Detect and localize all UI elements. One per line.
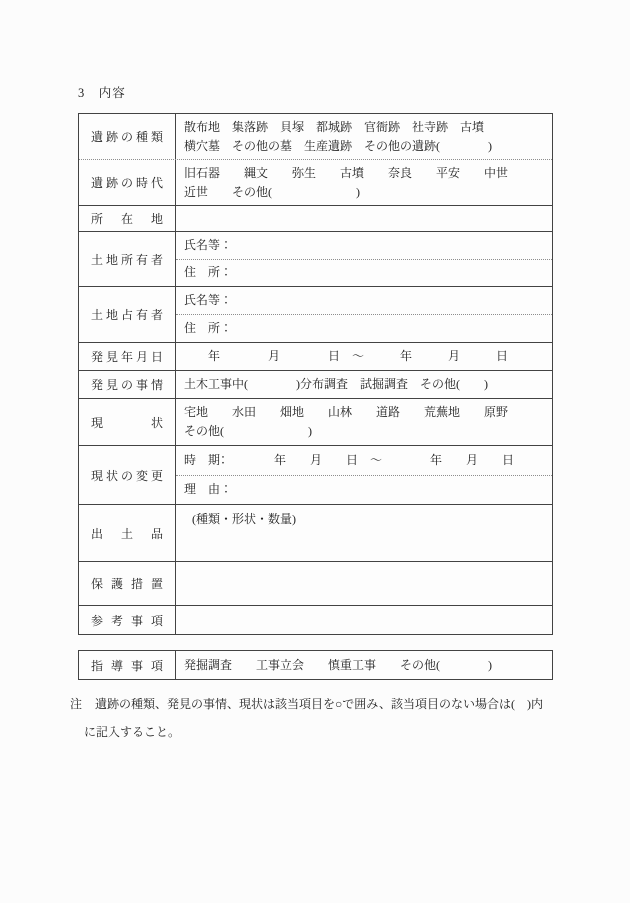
- guidance-table: 指導事項 発掘調査 工事立会 慎重工事 その他( ): [78, 650, 553, 680]
- discovery-date-value: 年 月 日 ～ 年 月 日: [176, 343, 552, 370]
- land-owner-name-field: 氏名等：: [176, 232, 552, 259]
- excavated-items-label: 出土品: [79, 505, 176, 561]
- state-change-reason-field: 理 由：: [176, 475, 552, 505]
- site-era-options-line2: 近世 その他( ): [184, 183, 544, 202]
- reference-matters-value: [176, 606, 552, 634]
- land-occupier-label-text: 土地占有者: [91, 306, 163, 323]
- current-state-label: 現状: [79, 399, 176, 445]
- land-owner-label-text: 土地所有者: [91, 251, 163, 268]
- protection-measures-label: 保護措置: [79, 562, 176, 605]
- location-value: [176, 206, 552, 231]
- location-label: 所在地: [79, 206, 176, 231]
- state-change-label-text: 現状の変更: [91, 467, 163, 484]
- row-site-type: 遺跡の種類 散布地 集落跡 貝塚 都城跡 官衙跡 社寺跡 古墳 横穴墓 その他の…: [79, 114, 552, 159]
- footnote: 注 遺跡の種類、発見の事情、現状は該当項目を○で囲み、該当項目のない場合は( )…: [70, 696, 570, 741]
- protection-measures-value: [176, 562, 552, 605]
- site-type-options-line1: 散布地 集落跡 貝塚 都城跡 官衙跡 社寺跡 古墳: [184, 118, 544, 137]
- discovery-circumstances-value: 土木工事中( )分布調査 試掘調査 その他( ): [176, 371, 552, 398]
- state-change-period-field: 時 期： 年 月 日 ～ 年 月 日: [176, 446, 552, 475]
- row-land-owner: 土地所有者 氏名等： 住 所：: [79, 231, 552, 286]
- section-title: 3 内容: [78, 83, 126, 101]
- location-label-text: 所在地: [91, 210, 163, 227]
- site-type-options-line2: 横穴墓 その他の墓 生産遺跡 その他の遺跡( ): [184, 137, 544, 156]
- current-state-options-line1: 宅地 水田 畑地 山林 道路 荒蕪地 原野: [184, 403, 544, 422]
- land-owner-value: 氏名等： 住 所：: [176, 232, 552, 286]
- guidance-label: 指導事項: [79, 651, 176, 679]
- current-state-options-line2: その他( ): [184, 422, 544, 441]
- discovery-date-label-text: 発見年月日: [91, 348, 163, 365]
- guidance-label-text: 指導事項: [91, 657, 163, 674]
- row-state-change: 現状の変更 時 期： 年 月 日 ～ 年 月 日 理 由：: [79, 445, 552, 504]
- site-type-label: 遺跡の種類: [79, 114, 176, 159]
- site-era-options: 旧石器 縄文 弥生 古墳 奈良 平安 中世 近世 その他( ): [176, 160, 552, 205]
- site-era-label-text: 遺跡の時代: [91, 174, 163, 191]
- site-info-table: 遺跡の種類 散布地 集落跡 貝塚 都城跡 官衙跡 社寺跡 古墳 横穴墓 その他の…: [78, 113, 553, 635]
- footnote-marker: 注: [70, 696, 82, 713]
- discovery-circumstances-label-text: 発見の事情: [91, 376, 163, 393]
- state-change-value: 時 期： 年 月 日 ～ 年 月 日 理 由：: [176, 446, 552, 504]
- land-occupier-label: 土地占有者: [79, 287, 176, 342]
- current-state-options: 宅地 水田 畑地 山林 道路 荒蕪地 原野 その他( ): [176, 399, 552, 445]
- footnote-line1-text: 遺跡の種類、発見の事情、現状は該当項目を○で囲み、該当項目のない場合は( )内: [95, 696, 543, 713]
- row-land-occupier: 土地占有者 氏名等： 住 所：: [79, 286, 552, 342]
- state-change-label: 現状の変更: [79, 446, 176, 504]
- site-type-options: 散布地 集落跡 貝塚 都城跡 官衙跡 社寺跡 古墳 横穴墓 その他の墓 生産遺跡…: [176, 114, 552, 159]
- site-era-options-line1: 旧石器 縄文 弥生 古墳 奈良 平安 中世: [184, 164, 544, 183]
- row-reference-matters: 参考事項: [79, 605, 552, 634]
- row-guidance: 指導事項 発掘調査 工事立会 慎重工事 その他( ): [79, 651, 552, 679]
- reference-matters-label-text: 参考事項: [91, 612, 163, 629]
- row-discovery-date: 発見年月日 年 月 日 ～ 年 月 日: [79, 342, 552, 370]
- guidance-options: 発掘調査 工事立会 慎重工事 その他( ): [176, 651, 552, 679]
- excavated-items-value: (種類・形状・数量): [176, 505, 552, 561]
- row-current-state: 現状 宅地 水田 畑地 山林 道路 荒蕪地 原野 その他( ): [79, 398, 552, 445]
- protection-measures-label-text: 保護措置: [91, 575, 163, 592]
- row-protection-measures: 保護措置: [79, 561, 552, 605]
- land-occupier-address-field: 住 所：: [176, 314, 552, 342]
- site-type-label-text: 遺跡の種類: [91, 128, 163, 145]
- footnote-line1: 注 遺跡の種類、発見の事情、現状は該当項目を○で囲み、該当項目のない場合は( )…: [70, 696, 570, 713]
- row-site-era: 遺跡の時代 旧石器 縄文 弥生 古墳 奈良 平安 中世 近世 その他( ): [79, 159, 552, 205]
- land-owner-label: 土地所有者: [79, 232, 176, 286]
- footnote-line2: に記入すること。: [84, 724, 570, 741]
- reference-matters-label: 参考事項: [79, 606, 176, 634]
- land-owner-address-field: 住 所：: [176, 259, 552, 287]
- discovery-date-label: 発見年月日: [79, 343, 176, 370]
- land-occupier-name-field: 氏名等：: [176, 287, 552, 314]
- excavated-items-label-text: 出土品: [91, 525, 163, 542]
- row-location: 所在地: [79, 205, 552, 231]
- row-excavated-items: 出土品 (種類・形状・数量): [79, 504, 552, 561]
- document-page: 3 内容 遺跡の種類 散布地 集落跡 貝塚 都城跡 官衙跡 社寺跡 古墳 横穴墓…: [0, 0, 630, 903]
- current-state-label-text: 現状: [91, 414, 163, 431]
- discovery-circumstances-label: 発見の事情: [79, 371, 176, 398]
- row-discovery-circumstances: 発見の事情 土木工事中( )分布調査 試掘調査 その他( ): [79, 370, 552, 398]
- land-occupier-value: 氏名等： 住 所：: [176, 287, 552, 342]
- site-era-label: 遺跡の時代: [79, 160, 176, 205]
